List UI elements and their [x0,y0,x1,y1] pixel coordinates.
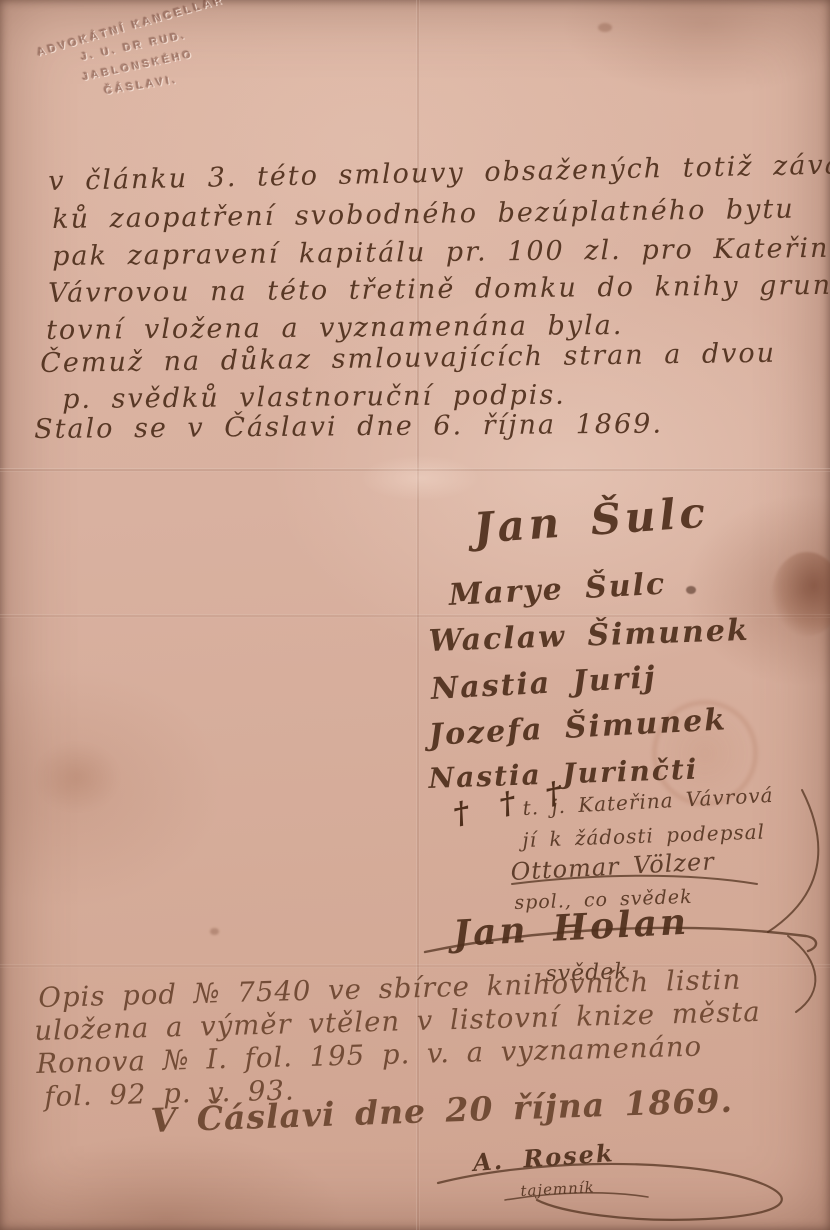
contract-line: Stalo se v Čáslavi dne 6. října 1869. [34,409,663,445]
document-photo: ADVOKÁTNÍ KANCELLÁŘ J. U. DR RUD. JABLON… [0,0,830,1230]
